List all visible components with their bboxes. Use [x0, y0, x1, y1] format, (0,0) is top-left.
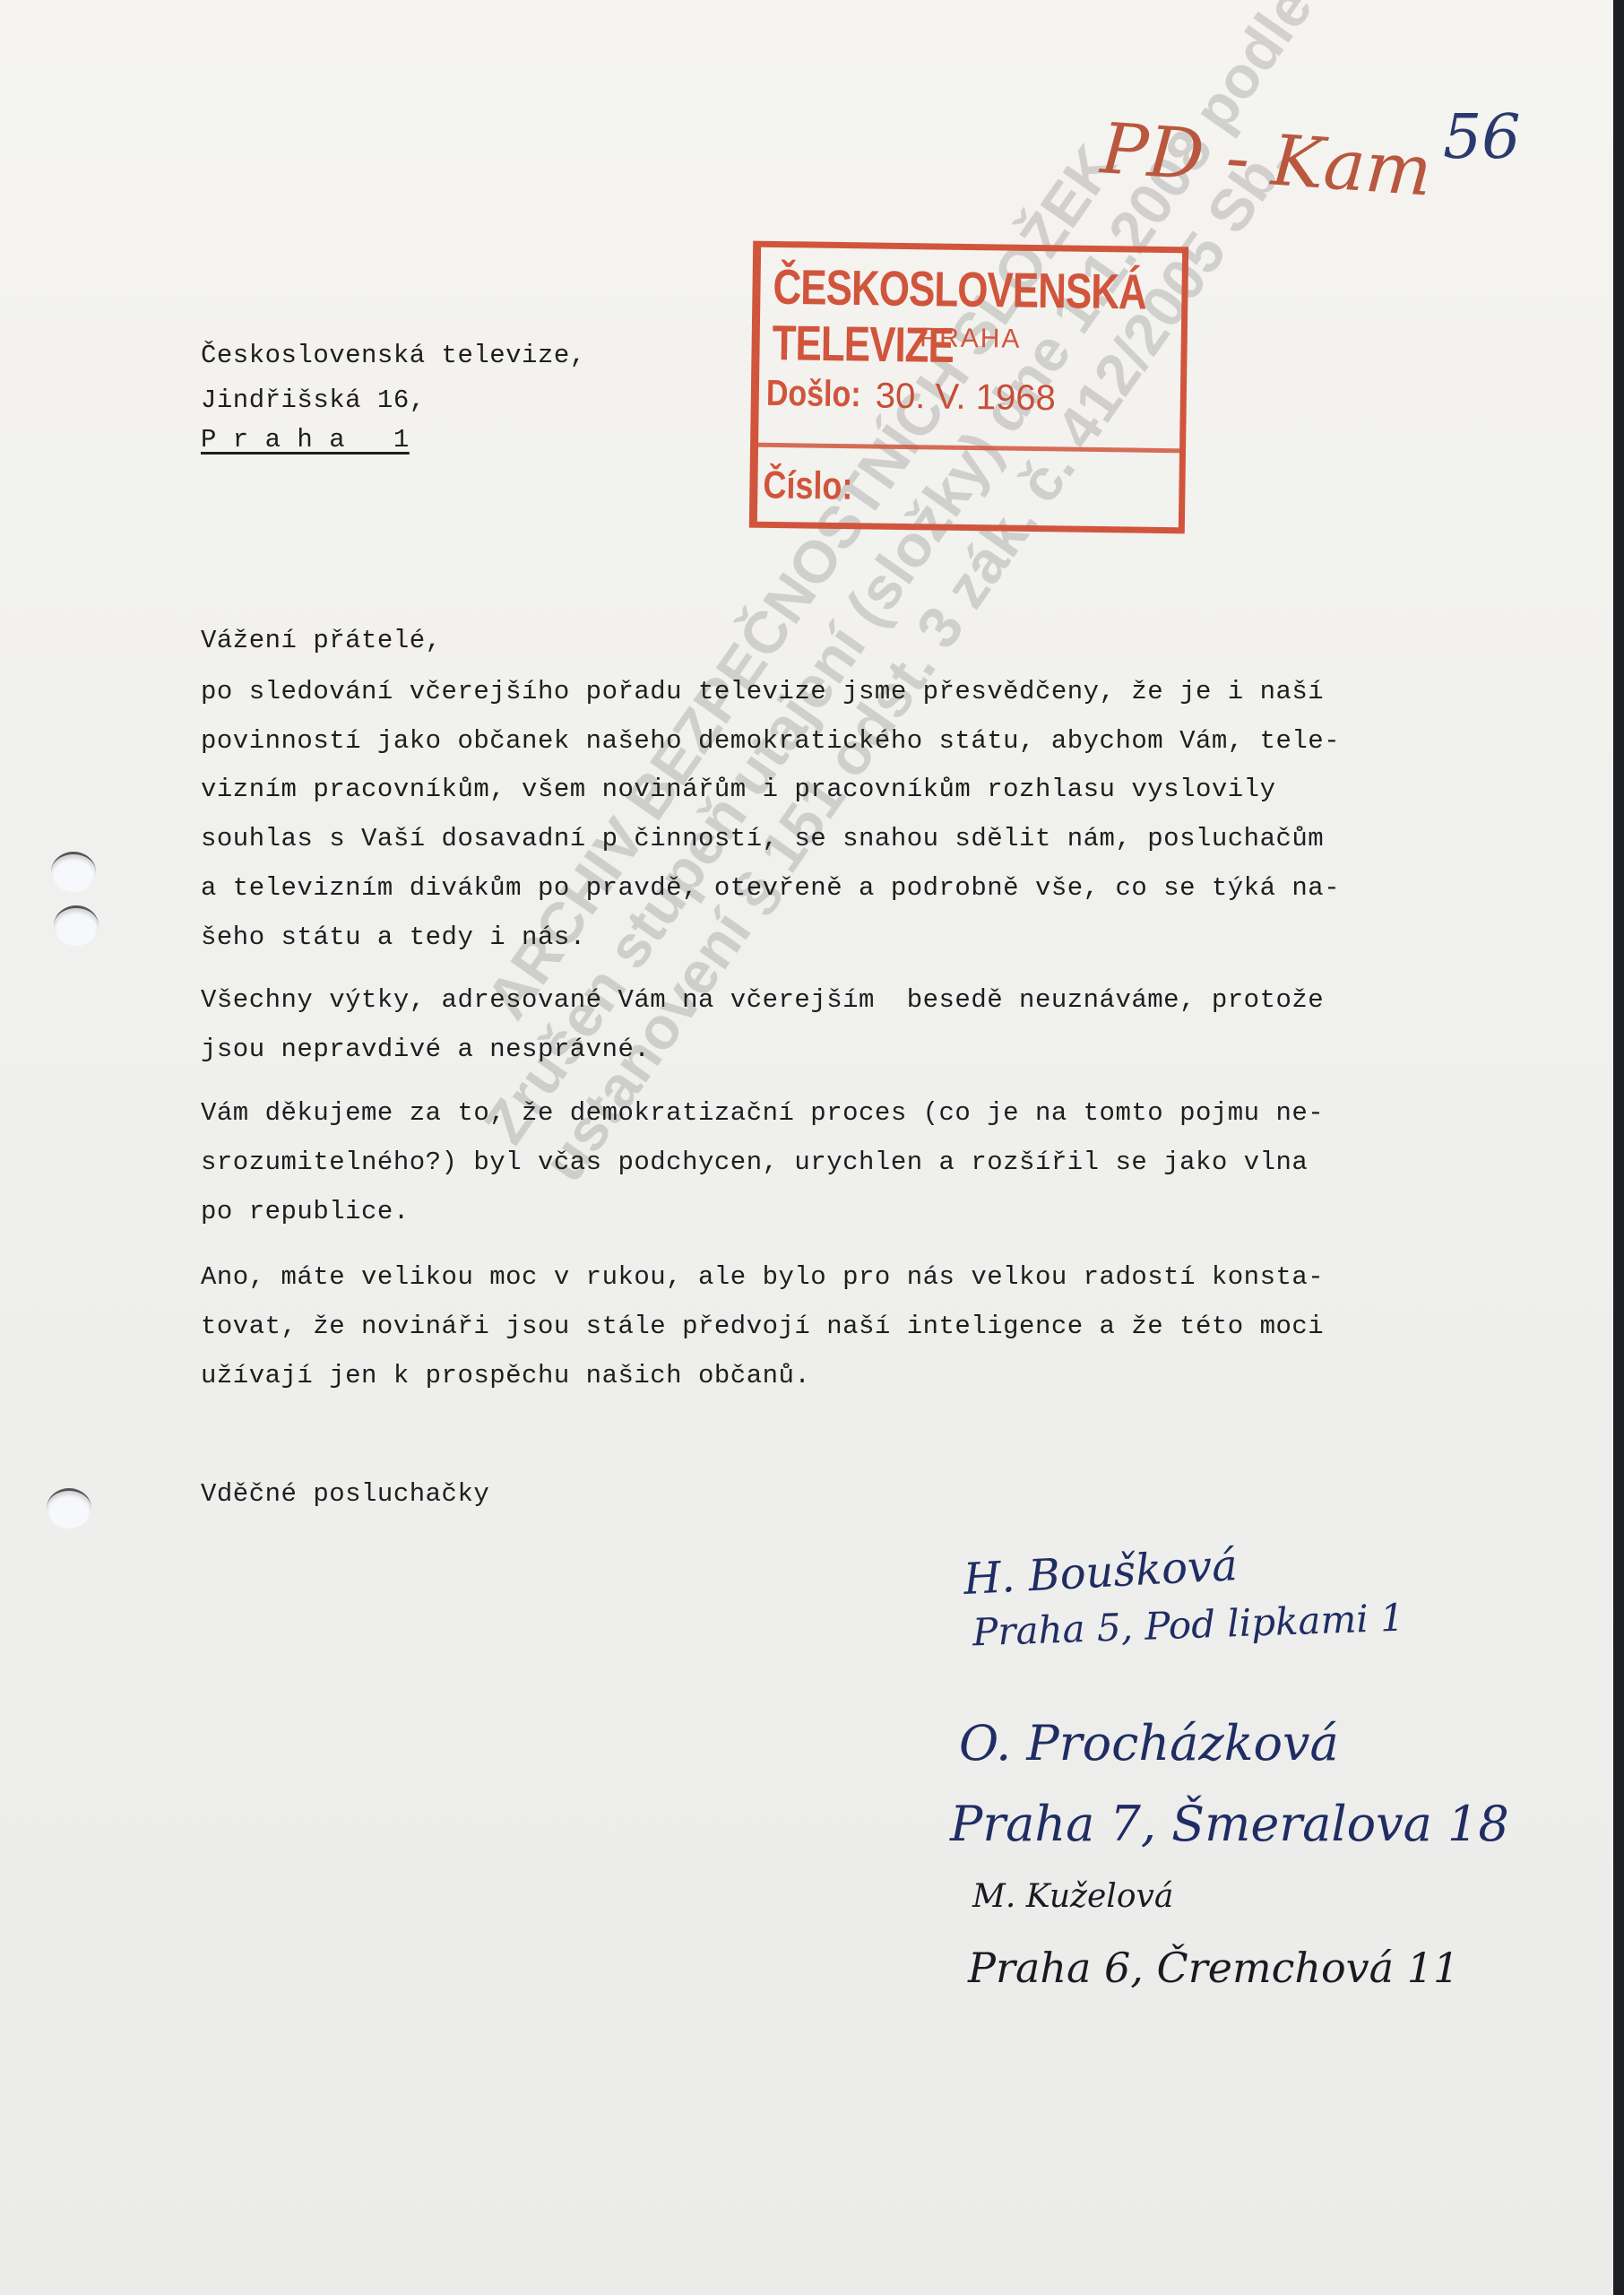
stamp-city: PRAHA: [760, 321, 1181, 358]
paragraph-2-line: jsou nepravdivé a nesprávné.: [201, 1036, 650, 1062]
paragraph-2-line: Všechny výtky, adresované Vám na včerejš…: [201, 987, 1324, 1013]
signature-name: O. Procházková: [959, 1719, 1339, 1768]
recipient-line-2: Jindřišská 16,: [201, 387, 426, 413]
page-number-annotation: 56: [1443, 108, 1521, 169]
signature-address: Praha 7, Šmeralova 18: [950, 1800, 1509, 1849]
signature-address: Praha 6, Čremchová 11: [968, 1947, 1459, 1988]
paragraph-1-line: povinností jako občanek našeho demokrati…: [201, 728, 1340, 754]
paragraph-4-line: tovat, že novináři jsou stále předvojí n…: [201, 1313, 1324, 1339]
paragraph-1-line: po sledování včerejšího pořadu televize …: [201, 679, 1324, 705]
paragraph-1-line: souhlas s Vaší dosavadní p činností, se …: [201, 826, 1324, 852]
punch-hole-icon: [51, 852, 96, 892]
stamp-divider: [755, 443, 1183, 454]
closing: Vděčné posluchačky: [201, 1481, 489, 1507]
paragraph-1-line: a televizním divákům po pravdě, otevřeně…: [201, 875, 1340, 901]
signature-name: H. Boušková: [963, 1544, 1239, 1601]
punch-hole-icon: [47, 1488, 91, 1529]
stamp-date-value: 30. V. 1968: [876, 377, 1057, 420]
receipt-stamp: ČESKOSLOVENSKÁ TELEVIZE PRAHA Došlo: 30.…: [749, 241, 1188, 534]
signature-name: M. Kuželová: [972, 1881, 1173, 1913]
stamp-date-label: Došlo:: [766, 373, 861, 416]
stamp-number-label: Číslo:: [763, 463, 853, 509]
paragraph-4-line: Ano, máte velikou moc v rukou, ale bylo …: [201, 1264, 1324, 1290]
punch-hole-icon: [54, 905, 99, 946]
recipient-line-3: P r a h a 1: [201, 427, 410, 453]
salutation: Vážení přátelé,: [201, 628, 442, 654]
recipient-line-1: Československá televize,: [201, 342, 586, 368]
paragraph-3-line: srozumitelného?) byl včas podchycen, ury…: [201, 1149, 1308, 1175]
stamp-title: ČESKOSLOVENSKÁ TELEVIZE: [772, 260, 1182, 377]
paragraph-3-line: Vám děkujeme za to, že demokratizační pr…: [201, 1100, 1324, 1126]
paragraph-1-line: šeho státu a tedy i nás.: [201, 924, 586, 950]
paragraph-1-line: vizním pracovníkům, všem novinářům i pra…: [201, 776, 1276, 802]
paragraph-4-line: užívají jen k prospěchu našich občanů.: [201, 1363, 810, 1389]
paragraph-3-line: po republice.: [201, 1199, 410, 1225]
scanner-edge: [1613, 0, 1624, 2295]
